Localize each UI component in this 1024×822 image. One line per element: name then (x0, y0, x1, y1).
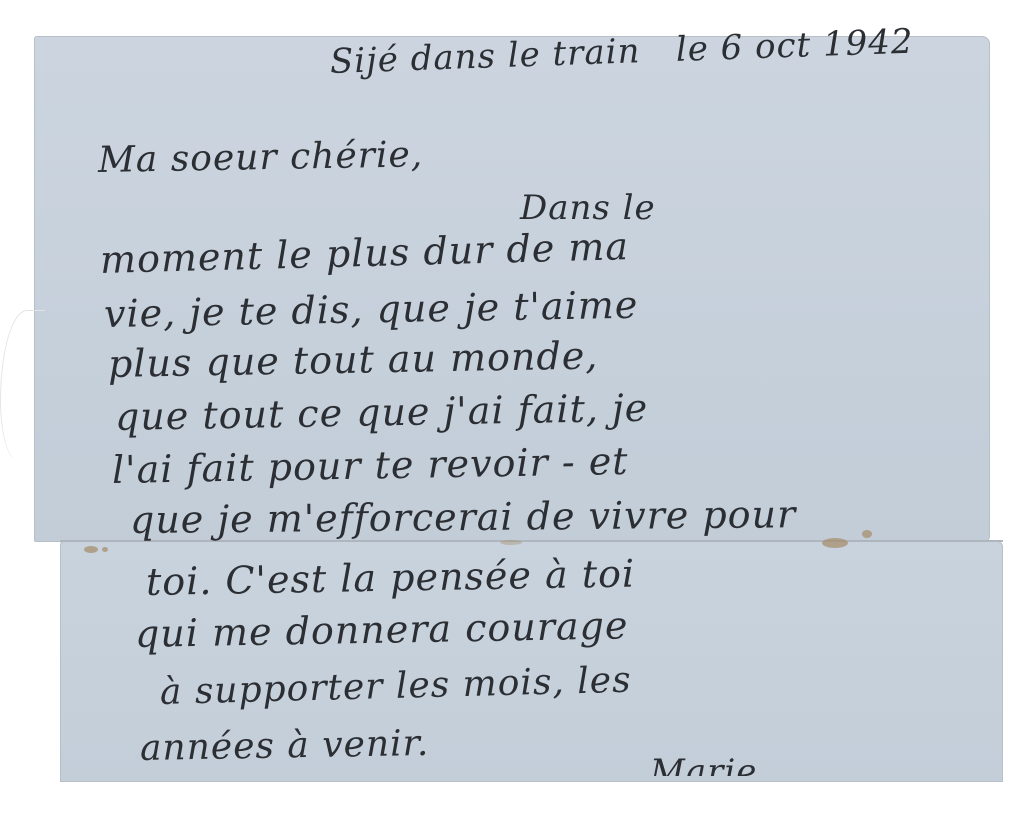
letter-line: que tout ce que j'ai fait, je (115, 386, 649, 439)
scan-margin (0, 782, 1024, 822)
stain-mark (862, 530, 872, 538)
letter-line: années à venir. (140, 723, 430, 769)
stain-mark (84, 546, 98, 553)
stain-mark (500, 540, 522, 545)
letter-salutation: Ma soeur chérie, (98, 134, 424, 181)
paper-torn-edge (0, 310, 45, 461)
stain-mark (822, 538, 848, 548)
letter-line: que je m'efforcerai de vivre pour (130, 492, 797, 542)
letter-line: plus que tout au monde, (108, 333, 599, 386)
letter-line: l'ai fait pour te revoir - et (112, 439, 629, 492)
letter-line: Dans le (520, 188, 656, 228)
letter-line: toi. C'est la pensée à toi (146, 551, 636, 604)
letter-date: le 6 oct 1942 (675, 22, 914, 70)
stain-mark (102, 547, 108, 552)
letter-line: vie, je te dis, que je t'aime (104, 283, 639, 336)
letter-line: qui me donnera courage (135, 603, 629, 656)
